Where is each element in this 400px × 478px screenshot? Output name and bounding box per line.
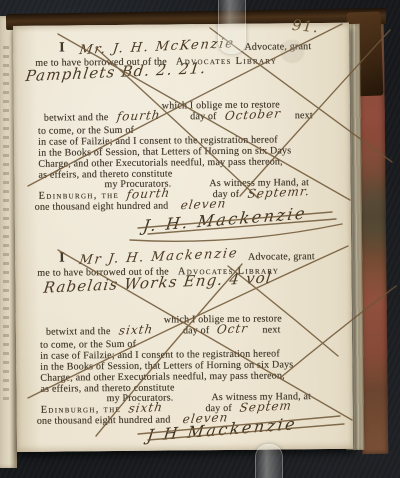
year-word: eleven — [180, 197, 227, 211]
book-photograph-scene: 91. I Mr. J. H. McKenzie Advocate, grant… — [0, 0, 400, 478]
conservation-strap-bottom — [255, 444, 283, 478]
signed-month: Septemr. — [246, 185, 310, 200]
folio-number: 91. — [291, 16, 319, 36]
ledger-page: 91. I Mr. J. H. McKenzie Advocate, grant… — [13, 23, 353, 452]
day-of-text: day of — [183, 325, 210, 336]
paper-stain — [279, 39, 305, 63]
conservation-strap-top — [218, 0, 246, 54]
next-text: next — [295, 110, 313, 121]
entry2-book-title: Rabelais Works Eng. 4 vol — [43, 275, 272, 293]
entry2-signature: J H Mackenzie — [147, 421, 298, 439]
return-month: Octr — [217, 322, 250, 335]
entry1-book-title: Pamphlets Bd. 2. 21. — [25, 64, 206, 82]
day-of-text: day of — [190, 111, 217, 122]
return-month: October — [224, 107, 282, 122]
signed-month: Septem — [239, 399, 293, 413]
next-text: next — [262, 324, 280, 335]
entry1-signature: J. H. Mackenzie — [143, 211, 307, 230]
